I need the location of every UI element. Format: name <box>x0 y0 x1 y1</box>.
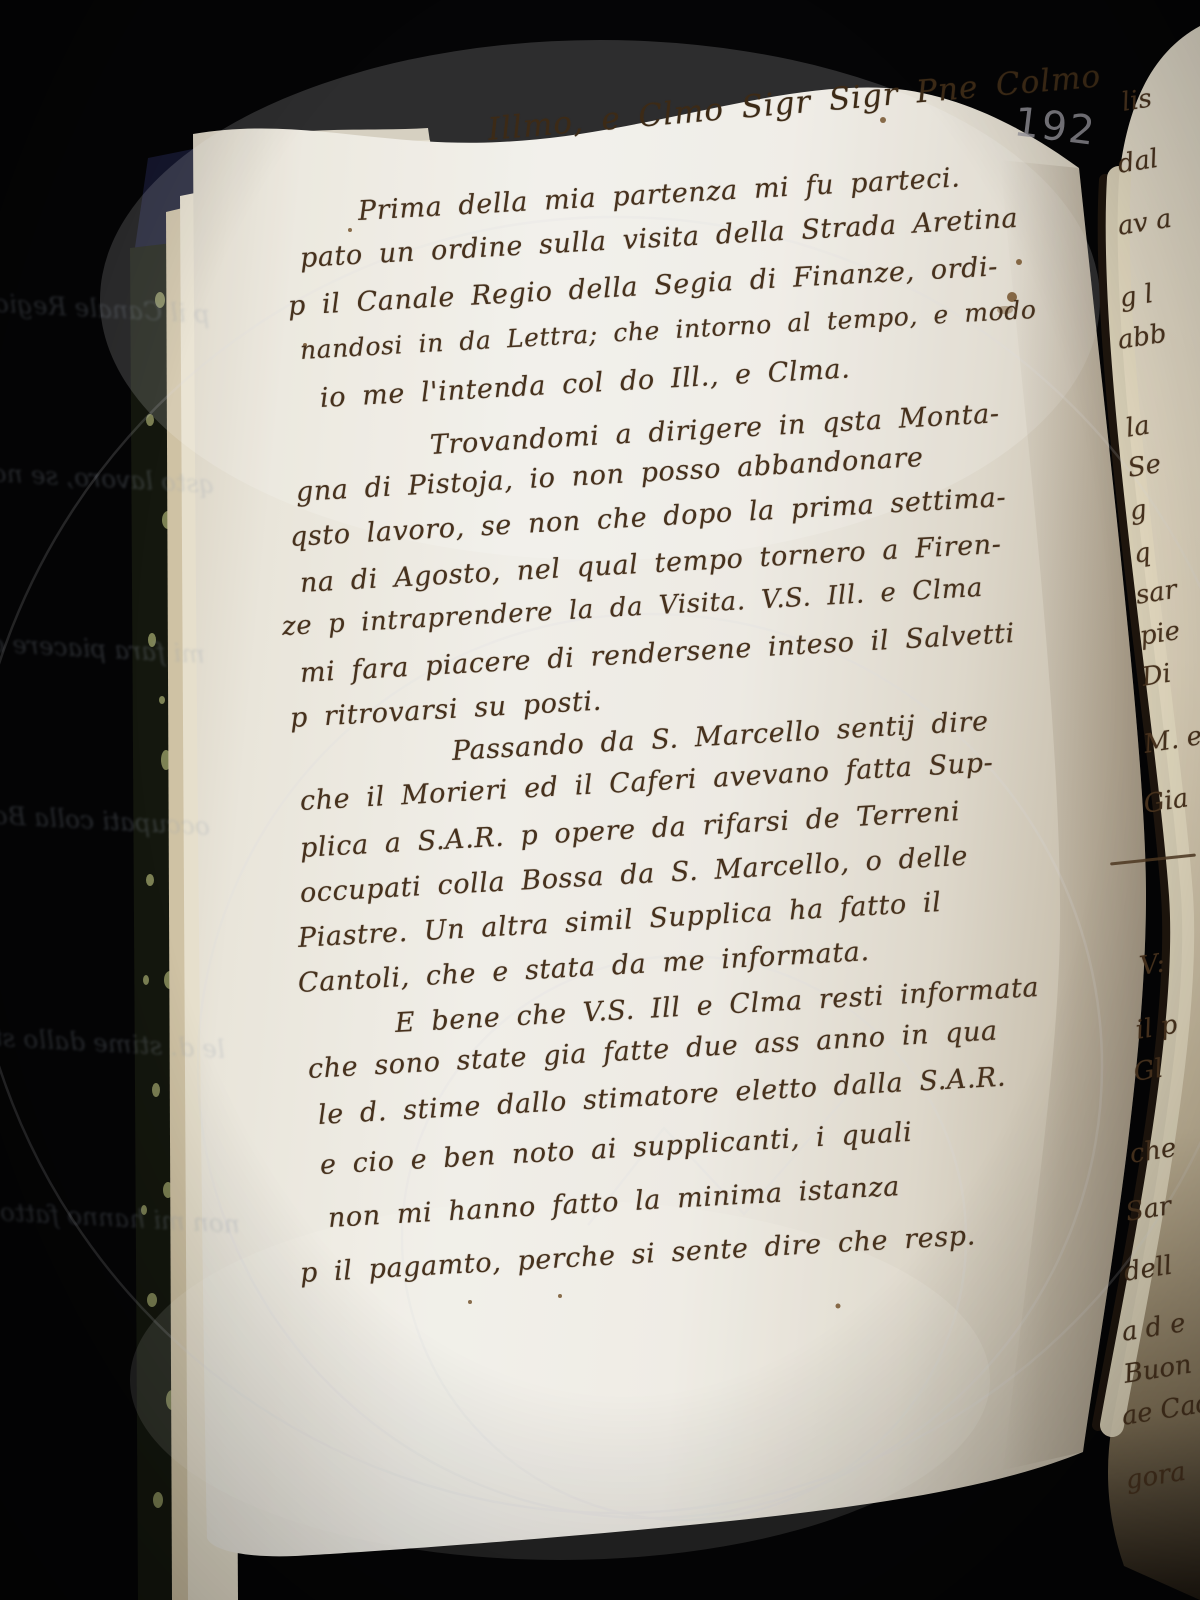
recto-fragment-17: Gl <box>1132 1054 1165 1088</box>
recto-fragment-2: dal <box>1116 144 1161 180</box>
page-number-pencil: 192 <box>1012 99 1099 155</box>
recto-fragment-7: Se <box>1126 449 1163 484</box>
recto-fragment-12: Di <box>1140 659 1174 693</box>
recto-fragment-1: lis <box>1120 83 1154 117</box>
recto-fragment-6: la <box>1124 410 1152 443</box>
recto-fragment-15: V: <box>1138 948 1167 982</box>
manuscript-photo: p il Canale Regio della Segia di Finanze… <box>0 0 1200 1600</box>
recto-fragment-4: g l <box>1118 279 1156 314</box>
recto-fragment-10: sar <box>1134 575 1179 611</box>
recto-fragment-16: il p <box>1134 1010 1180 1046</box>
recto-fragment-11: pie <box>1138 616 1183 652</box>
